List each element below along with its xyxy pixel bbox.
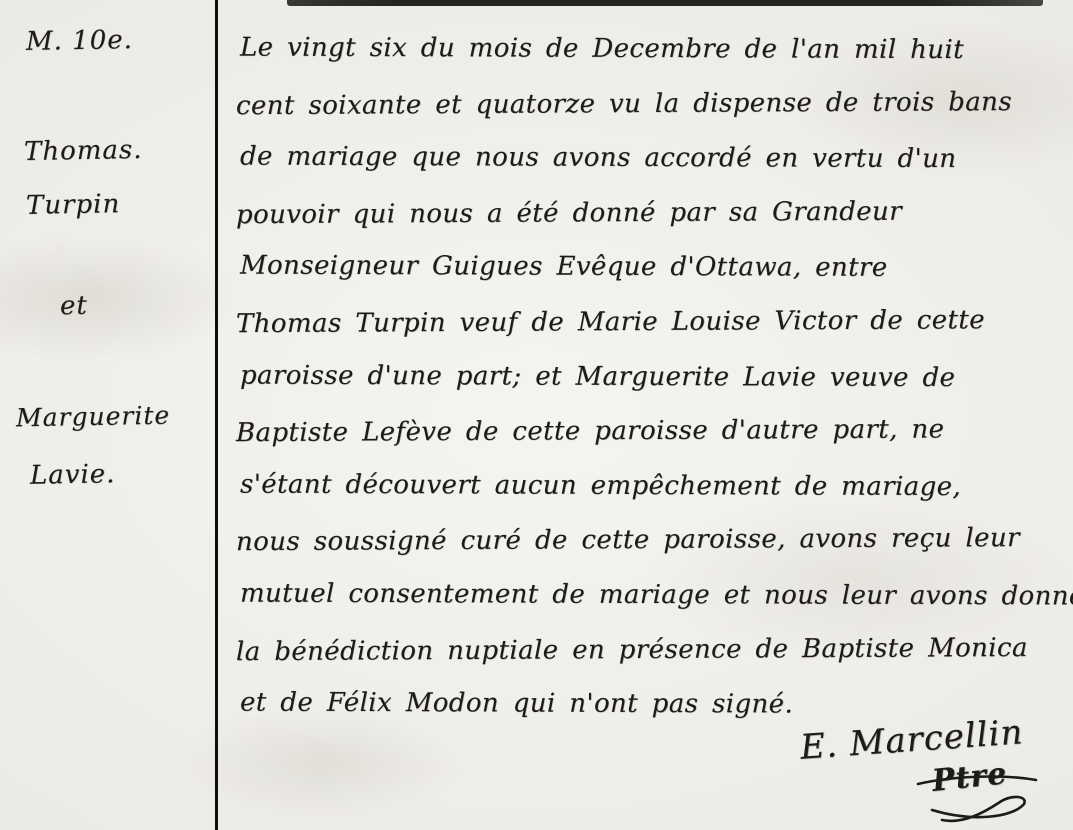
body-line-3: de mariage que nous avons accordé en ver… — [240, 130, 1060, 187]
register-page: M. 10e. Thomas. Turpin et Marguerite Lav… — [0, 0, 1073, 830]
body-line-11: mutuel consentement de mariage et nous l… — [240, 567, 1060, 624]
margin-bride-firstname: Marguerite — [16, 401, 171, 433]
body-line-2: cent soixante et quatorze vu la dispense… — [236, 74, 1056, 133]
body-line-9: s'étant découvert aucun empêchement de m… — [240, 457, 1060, 514]
previous-record-edge — [287, 0, 1043, 6]
margin-bride-surname: Lavie. — [30, 459, 116, 490]
margin-groom-surname: Turpin — [26, 189, 121, 221]
body-line-7: paroisse d'une part; et Marguerite Lavie… — [240, 348, 1060, 405]
body-line-8: Baptiste Lefève de cette paroisse d'autr… — [236, 402, 1056, 461]
body-line-5: Monseigneur Guigues Evêque d'Ottawa, ent… — [240, 239, 1060, 296]
body-line-12: la bénédiction nuptiale en présence de B… — [236, 620, 1056, 679]
margin-conjunction-et: et — [60, 291, 88, 321]
body-line-6: Thomas Turpin veuf de Marie Louise Victo… — [236, 293, 1056, 352]
act-body-text: Le vingt six du mois de Decembre de l'an… — [240, 22, 1060, 732]
margin-rule-line — [215, 0, 218, 830]
margin-groom-firstname: Thomas. — [24, 135, 143, 167]
signature-flourish-swash — [912, 770, 1042, 828]
body-line-1: Le vingt six du mois de Decembre de l'an… — [240, 21, 1060, 78]
body-line-10: nous soussigné curé de cette paroisse, a… — [236, 511, 1056, 570]
body-line-4: pouvoir qui nous a été donné par sa Gran… — [236, 184, 1056, 243]
record-number: M. 10e. — [26, 25, 133, 57]
